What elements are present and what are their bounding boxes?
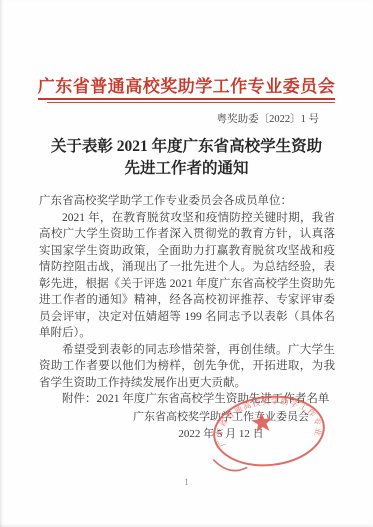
letterhead-title: 广东省普通高校奖助学工作专业委员会 <box>38 72 336 100</box>
official-seal-icon: 广东省普通高校奖学助学工作专业委员会 <box>207 386 331 480</box>
seal-arc-text: 广东省普通高校奖学助学工作专业委员会 <box>207 386 325 451</box>
body-paragraph-1: 2021 年，在教育脱贫攻坚和疫情防控关键时期，我省高校广大学生资助工作者深入贯… <box>39 210 335 342</box>
letterhead: 广东省普通高校奖助学工作专业委员会 <box>0 72 373 100</box>
seal-star-icon <box>251 411 274 433</box>
notice-title-line2: 先进工作者的通知 <box>124 160 248 177</box>
letterhead-divider <box>47 102 335 103</box>
notice-body: 广东省高校奖学助学工作专业委员会各成员单位： 2021 年，在教育脱贫攻坚和疫情… <box>39 193 335 408</box>
notice-title: 关于表彰 2021 年度广东省高校学生资助 先进工作者的通知 <box>0 136 373 180</box>
salutation: 广东省高校奖学助学工作专业委员会各成员单位： <box>39 193 335 210</box>
notice-title-line1: 关于表彰 2021 年度广东省高校学生资助 <box>51 138 322 155</box>
document-page: 广东省普通高校奖助学工作专业委员会 粤奖助委〔2022〕1 号 关于表彰 202… <box>0 0 373 527</box>
document-number: 粤奖助委〔2022〕1 号 <box>217 111 319 126</box>
page-number: 1 <box>0 477 373 487</box>
seal-arc-textpath: 广东省普通高校奖学助学工作专业委员会 <box>207 386 325 451</box>
seal-flourish-stroke <box>214 457 247 473</box>
body-paragraph-2: 希望受到表彰的同志珍惜荣誉，再创佳绩。广大学生资助工作者要以他们为榜样，创先争优… <box>39 342 335 392</box>
